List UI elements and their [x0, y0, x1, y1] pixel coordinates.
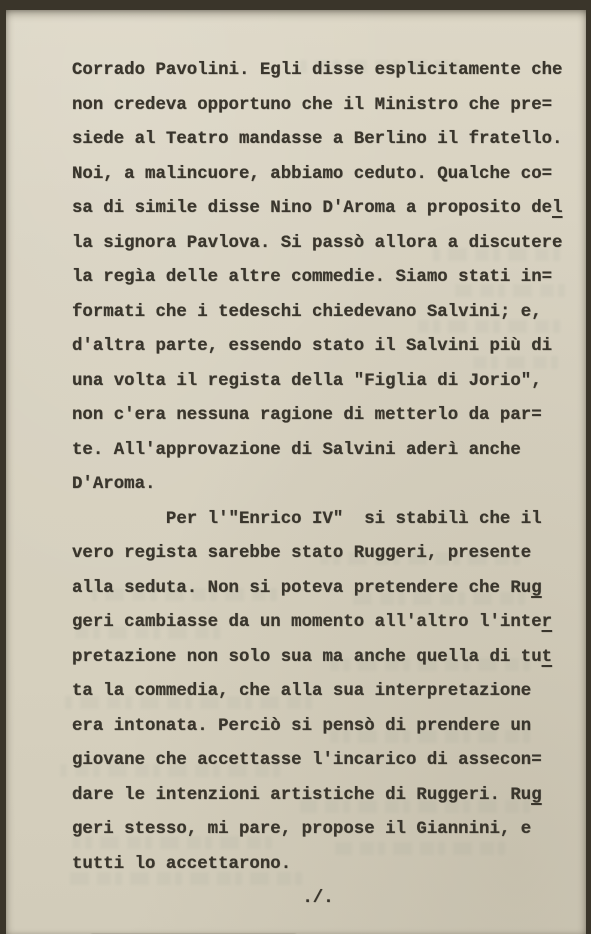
text-line: era intonata. Perciò si pensò di prender… [72, 710, 564, 745]
text-line: Noi, a malincuore, abbiamo ceduto. Qualc… [72, 158, 564, 193]
text-line: vero regista sarebbe stato Ruggeri, pres… [72, 537, 564, 572]
text-line: D'Aroma. [72, 468, 564, 503]
footer-mark: ./. [72, 882, 564, 917]
text-line: tutti lo accettarono. [72, 848, 564, 883]
scanned-page: Corrado Pavolini. Egli disse esplicitame… [0, 0, 591, 934]
text-line: geri stesso, mi pare, propose il Giannin… [72, 813, 564, 848]
text-line: sa di simile disse Nino D'Aroma a propos… [72, 192, 564, 227]
text-line: la signora Pavlova. Si passò allora a di… [72, 227, 564, 262]
document-lines: Corrado Pavolini. Egli disse esplicitame… [72, 54, 564, 882]
paper-sheet: Corrado Pavolini. Egli disse esplicitame… [6, 10, 586, 934]
text-line: te. All'approvazione di Salvini aderì an… [72, 434, 564, 469]
text-line: formati che i tedeschi chiedevano Salvin… [72, 296, 564, 331]
text-line: pretazione non solo sua ma anche quella … [72, 641, 564, 676]
text-line: giovane che accettasse l'incarico di ass… [72, 744, 564, 779]
text-line: non c'era nessuna ragione di metterlo da… [72, 399, 564, 434]
text-line: non credeva opportuno che il Ministro ch… [72, 89, 564, 124]
text-line: siede al Teatro mandasse a Berlino il fr… [72, 123, 564, 158]
text-line: una volta il regista della "Figlia di Jo… [72, 365, 564, 400]
text-line: dare le intenzioni artistiche di Ruggeri… [72, 779, 564, 814]
text-line: alla seduta. Non si poteva pretendere ch… [72, 572, 564, 607]
document-text: Corrado Pavolini. Egli disse esplicitame… [72, 54, 564, 917]
text-line: Corrado Pavolini. Egli disse esplicitame… [72, 54, 564, 89]
text-line: geri cambiasse da un momento all'altro l… [72, 606, 564, 641]
text-line: ta la commedia, che alla sua interpretaz… [72, 675, 564, 710]
text-line: la regìa delle altre commedie. Siamo sta… [72, 261, 564, 296]
text-line: Per l'"Enrico IV" si stabilì che il [72, 503, 564, 538]
text-line: d'altra parte, essendo stato il Salvini … [72, 330, 564, 365]
